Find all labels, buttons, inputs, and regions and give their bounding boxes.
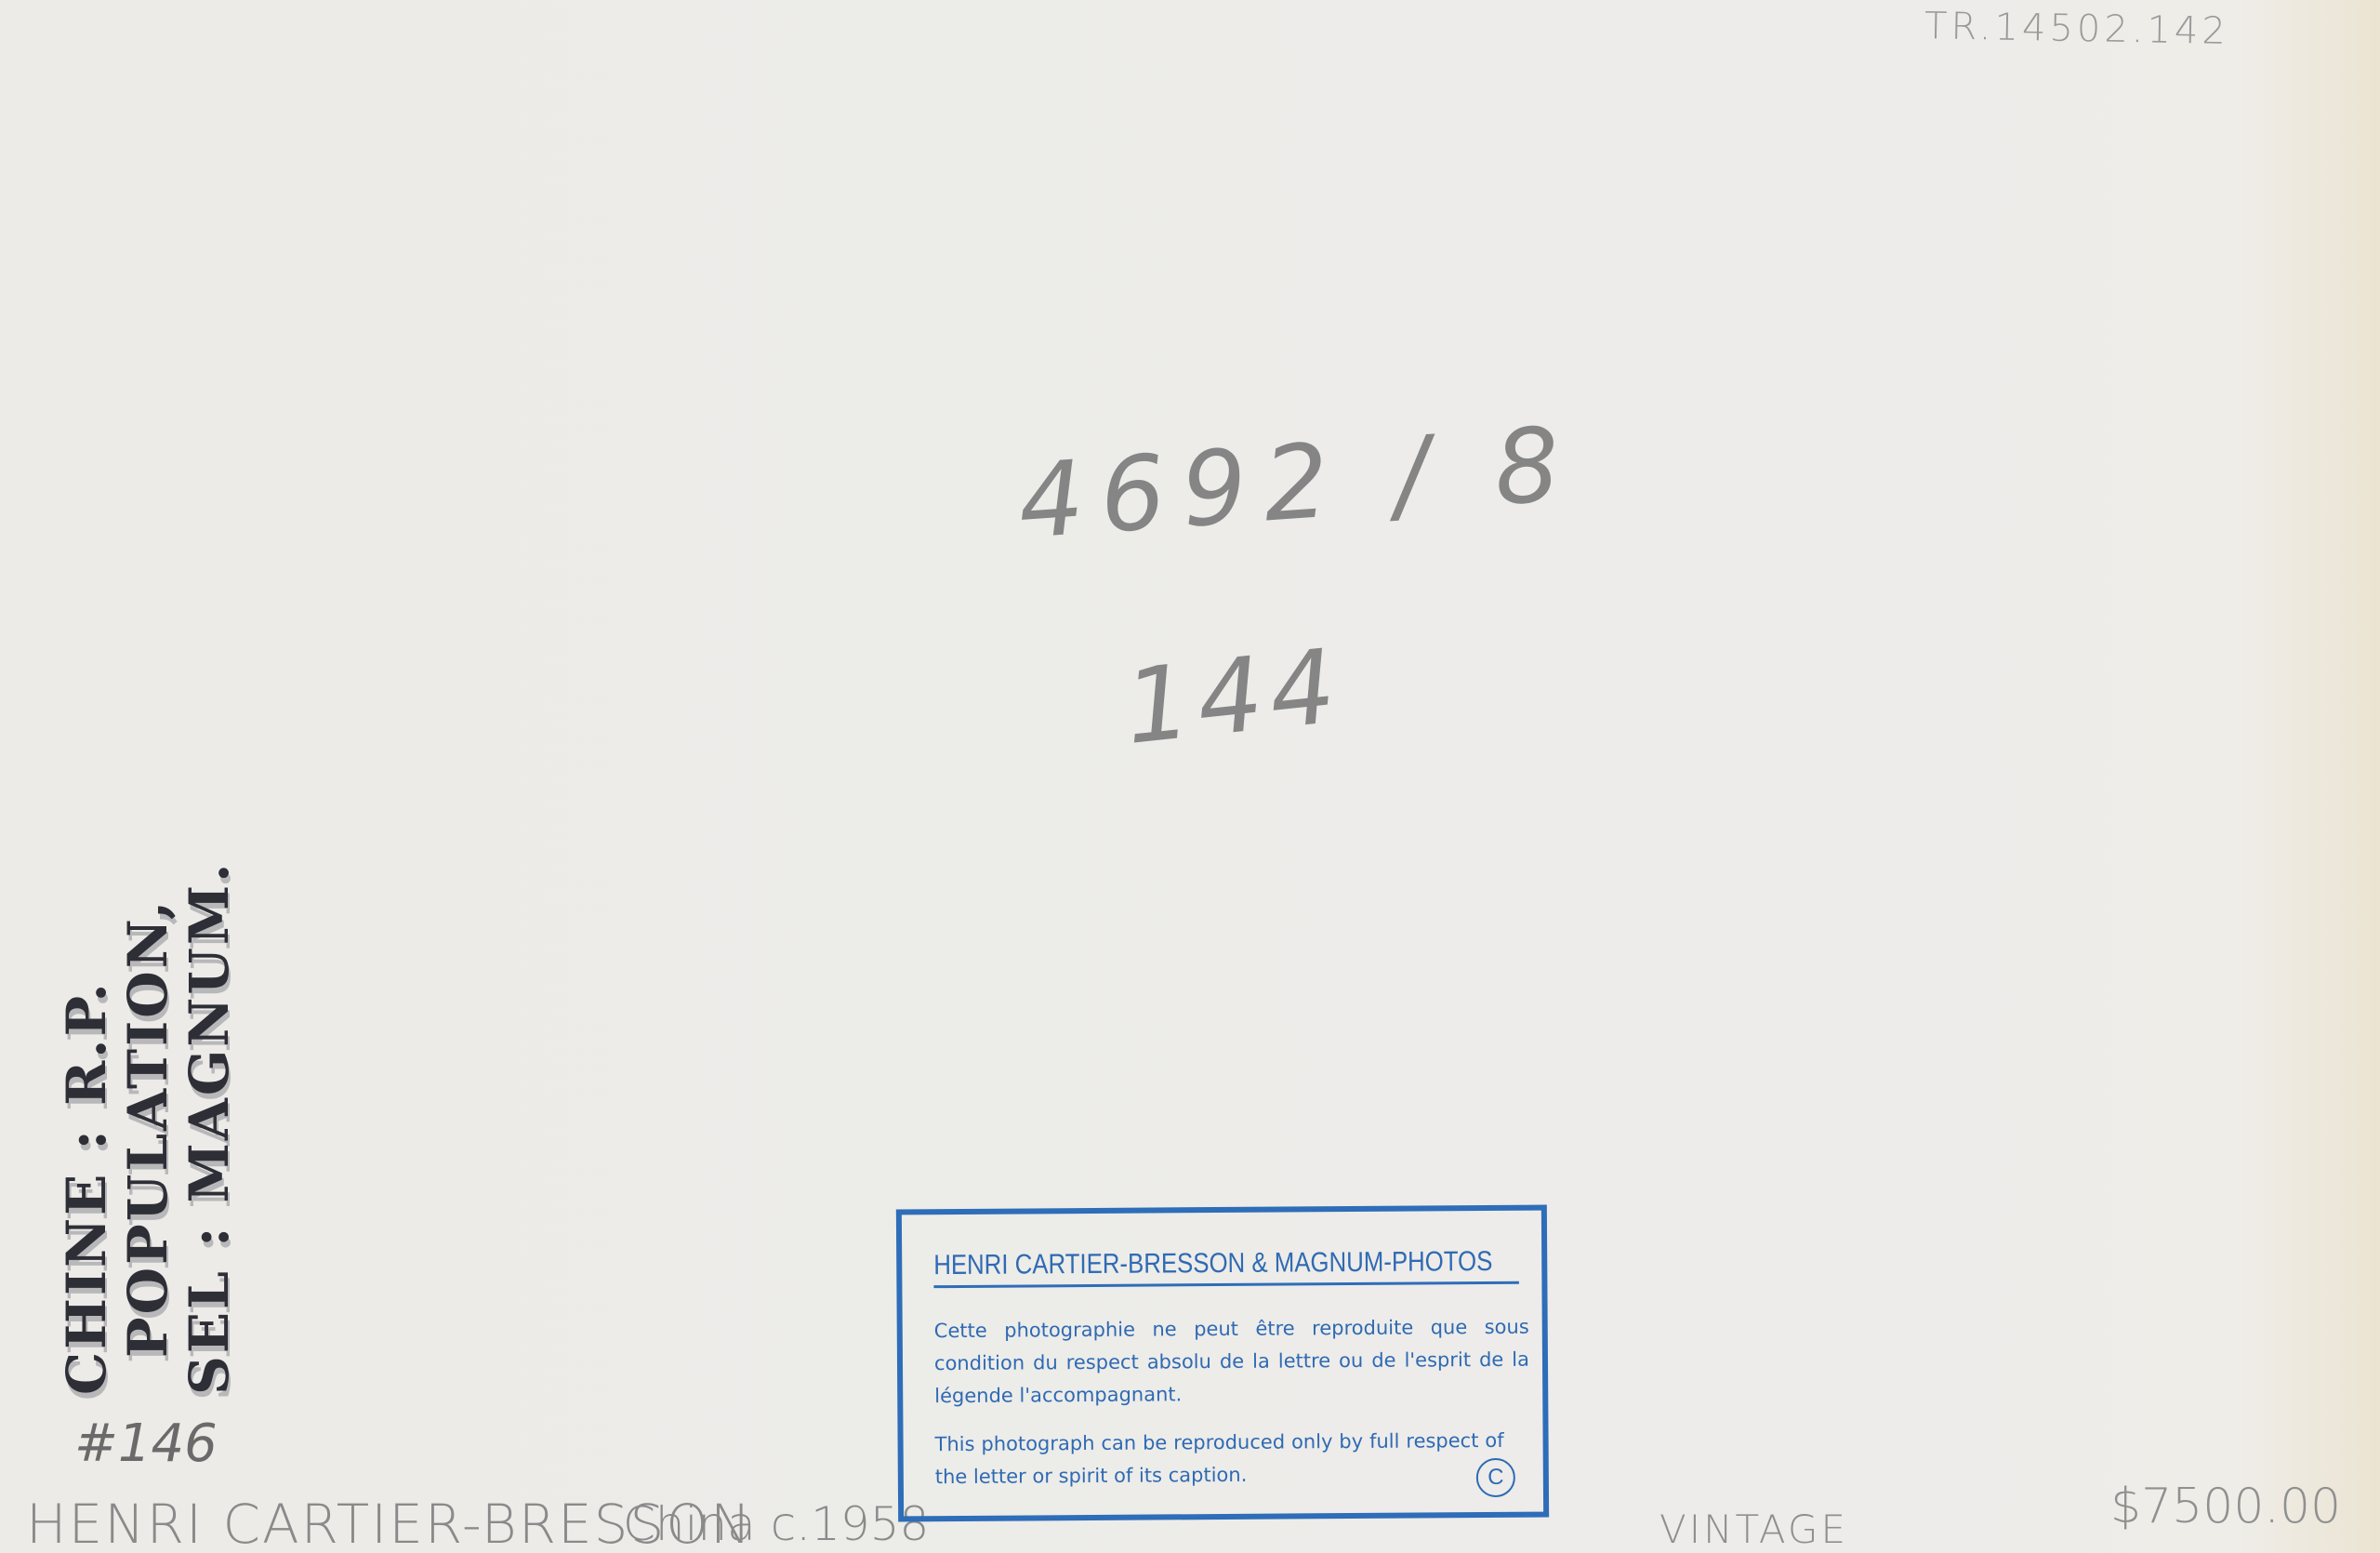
condition-note: VINTAGE: [1659, 1507, 1848, 1552]
caption-line: POPULATION,: [117, 861, 178, 1395]
location-date: China c.1958: [623, 1497, 929, 1551]
typewriter-caption: CHINE : R.P. POPULATION, SEL : MAGNUM.: [56, 861, 240, 1395]
copyright-stamp: HENRI CARTIER-BRESSON & MAGNUM-PHOTOS Ce…: [896, 1205, 1549, 1522]
photo-verso: TR.14502.142 4692 / 8 144 CHINE : R.P. P…: [0, 0, 2380, 1553]
stamp-french-text: Cette photographie ne peut être reprodui…: [934, 1311, 1530, 1413]
inventory-number: TR.14502.142: [1924, 5, 2230, 53]
stamp-english-text: This photograph can be reproduced only b…: [934, 1425, 1503, 1493]
print-number: 144: [1119, 626, 1348, 767]
negative-number: 4692 / 8: [1014, 404, 1580, 562]
caption-line: SEL : MAGNUM.: [178, 861, 240, 1395]
stamp-title: HENRI CARTIER-BRESSON & MAGNUM-PHOTOS: [933, 1246, 1519, 1288]
caption-line: CHINE : R.P.: [56, 861, 117, 1395]
copyright-icon: C: [1476, 1458, 1515, 1497]
price: $7500.00: [2110, 1479, 2341, 1534]
lot-number: #146: [74, 1414, 218, 1474]
